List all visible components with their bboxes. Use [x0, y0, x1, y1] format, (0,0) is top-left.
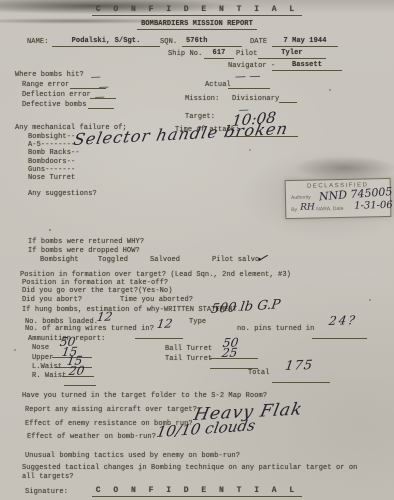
pilot-salvo-checkmark-icon: ✓ [254, 249, 269, 267]
suggestions-question: Any suggestions? [28, 190, 97, 198]
navigator-value: Bassett [272, 61, 342, 71]
declassified-stamp: DECLASSIFIED Authority NND 745005 By RH … [285, 178, 392, 219]
abort-question: Did you abort? [22, 296, 82, 304]
ammo-total-blank [272, 374, 330, 383]
method-bombsight: Bombsight [40, 256, 79, 264]
arming-wires-blank [135, 330, 183, 339]
target-folder-question: Have you turned in the target folder to … [22, 392, 267, 400]
missing-aircraft-question: Report any missing aircraft over target? [25, 406, 197, 414]
ammo-rwaist-blank [64, 377, 96, 386]
actual-label: Actual [205, 81, 231, 89]
mission-label: Mission: [185, 95, 219, 103]
mech-item-nose-turret: Nose Turret [28, 174, 75, 182]
pilot-value: Tyler [258, 49, 326, 59]
defective-bombs-label: Defective bombs [22, 101, 87, 109]
where-bombs-hit-question: Where bombs hit? [15, 71, 84, 79]
ammo-nose-label: Nose [32, 344, 49, 352]
stamp-by-label: By [291, 207, 297, 213]
ammo-total-value: 175 [284, 358, 314, 374]
method-salvoed: Salvoed [150, 256, 180, 264]
mech-item-bomb-racks: Bomb Racks-- [28, 149, 80, 157]
bomb-type-value: 500 lb G.P [210, 297, 281, 317]
mission-value: Divisionary [232, 95, 279, 103]
bomb-type-label: Type [189, 318, 206, 326]
date-label: DATE [250, 38, 267, 46]
ammo-lwaist-label: L.Waist [32, 363, 62, 371]
range-error-label: Range error [22, 81, 69, 89]
mech-item-guns: Guns------- [28, 166, 75, 174]
classification-bottom-text: C O N F I D E N T I A L [92, 486, 302, 497]
suggested-changes-question: Suggested tactical changes in Bombing te… [22, 464, 370, 482]
pilot-label: Pilot [236, 50, 258, 58]
arming-wires-value: 12 [156, 316, 173, 331]
mech-item-a5: A-5-------- [28, 141, 75, 149]
bombs-loaded-value: 12 [96, 309, 113, 324]
bombs-dropped-question: If bombs were dropped HOW? [28, 247, 140, 255]
deflection-error-label: Deflection error [22, 91, 91, 99]
went-over-target-question: Did you go over the target?(Yes-No) [22, 287, 173, 295]
stamp-authority-label: Authority [291, 195, 311, 201]
ammo-total-label: Total [248, 369, 270, 377]
position-over-target-question: Position in formation over target? (Lead… [20, 271, 291, 279]
mech-item-bombsight: Bombsight-- [28, 133, 75, 141]
stamp-nara-label: NARA, Date [316, 206, 343, 213]
classification-top-text: C O N F I D E N T I A L [92, 5, 302, 16]
date-value: 7 May 1944 [272, 37, 338, 47]
pins-turned-value: 24? [328, 313, 358, 328]
method-pilot-salvo: Pilot salvo [212, 256, 259, 264]
actual-value: — — [234, 69, 261, 83]
ammo-tail-turret-value: 25 [221, 345, 238, 360]
position-takeoff-question: Position in formation at take-off? [22, 279, 168, 287]
stamp-date-value: 1-31-06 [354, 200, 393, 212]
report-title: BOMBARDIERS MISSION REPORT [137, 20, 257, 30]
sqn-label: SQN. [160, 38, 177, 46]
report-title-row: BOMBARDIERS MISSION REPORT [0, 20, 394, 30]
weather-effect-label: Effect of weather on bomb-run? [27, 433, 156, 441]
classification-header: C O N F I D E N T I A L [0, 5, 394, 16]
ammo-rwaist-value: 20 [68, 363, 85, 378]
pins-turned-label: no. pins turned in [237, 325, 314, 333]
stamp-by-value: RH [300, 202, 315, 212]
target-label: Target: [185, 113, 215, 121]
name-label: NAME: [27, 38, 49, 46]
ammo-upper-label: Upper [32, 354, 54, 362]
classification-footer: C O N F I D E N T I A L [0, 486, 394, 497]
defective-bombs-value: — [94, 92, 106, 103]
method-toggled: Toggled [98, 256, 128, 264]
ship-label: Ship No. [168, 50, 202, 58]
name-value: Podalski, S/Sgt. [52, 37, 160, 47]
ship-value: 617 [204, 49, 234, 59]
mission-blank [279, 94, 297, 103]
scanned-mission-report: C O N F I D E N T I A L BOMBARDIERS MISS… [0, 0, 394, 500]
bombs-returned-question: If bombs were returned WHY? [28, 238, 144, 246]
mech-item-bombdoors: Bombdoors-- [28, 158, 75, 166]
unusual-tactics-question: Unusual bombing tactics used by enemy on… [25, 452, 240, 460]
ammo-ball-turret-label: Ball Turret [165, 345, 212, 353]
ammo-tail-turret-blank [210, 360, 258, 369]
ammo-rwaist-label: R. Waist [32, 372, 66, 380]
abort-time-question: Time you aborted? [120, 296, 193, 304]
ammo-tail-turret-label: Tail Turret [165, 355, 212, 363]
hung-bombs-question: If hung bombs, estimation of why-WRITTEN… [22, 306, 241, 314]
pins-turned-blank [312, 330, 367, 339]
sqn-value: 576th [182, 37, 242, 47]
